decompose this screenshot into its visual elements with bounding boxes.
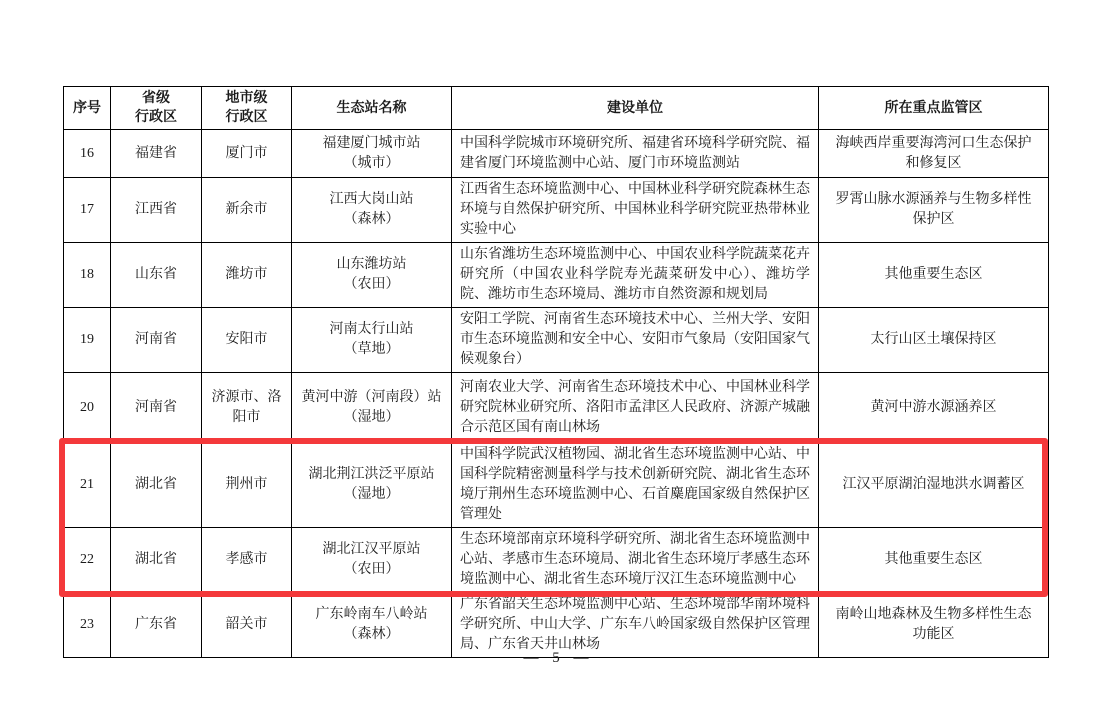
cell-station: 广东岭南车八岭站 （森林） (292, 593, 452, 658)
cell-builders: 生态环境部南京环境科学研究所、湖北省生态环境监测中心站、孝感市生态环境局、湖北省… (452, 528, 819, 593)
cell-no: 23 (64, 593, 111, 658)
cell-station: 湖北江汉平原站 （农田） (292, 528, 452, 593)
cell-city: 新余市 (202, 178, 292, 243)
table-row: 23广东省韶关市广东岭南车八岭站 （森林）广东省韶关生态环境监测中心站、生态环境… (64, 593, 1049, 658)
cell-city: 孝感市 (202, 528, 292, 593)
column-header-no: 序号 (64, 87, 111, 130)
cell-province: 福建省 (111, 130, 202, 178)
cell-zone: 江汉平原湖泊湿地洪水调蓄区 (819, 443, 1049, 528)
cell-province: 湖北省 (111, 528, 202, 593)
cell-zone: 黄河中游水源涵养区 (819, 373, 1049, 443)
cell-city: 济源市、洛阳市 (202, 373, 292, 443)
table-row: 19河南省安阳市河南太行山站 （草地）安阳工学院、河南省生态环境技术中心、兰州大… (64, 308, 1049, 373)
cell-no: 16 (64, 130, 111, 178)
table-row: 18山东省潍坊市山东潍坊站 （农田）山东省潍坊生态环境监测中心、中国农业科学院蔬… (64, 243, 1049, 308)
cell-zone: 其他重要生态区 (819, 243, 1049, 308)
column-header-station: 生态站名称 (292, 87, 452, 130)
cell-city: 安阳市 (202, 308, 292, 373)
column-header-builders: 建设单位 (452, 87, 819, 130)
cell-city: 潍坊市 (202, 243, 292, 308)
cell-no: 22 (64, 528, 111, 593)
table-row: 20河南省济源市、洛阳市黄河中游（河南段）站 （湿地）河南农业大学、河南省生态环… (64, 373, 1049, 443)
cell-province: 江西省 (111, 178, 202, 243)
stations-table: 序号省级 行政区地市级 行政区生态站名称建设单位所在重点监管区 16福建省厦门市… (63, 86, 1049, 658)
column-header-city: 地市级 行政区 (202, 87, 292, 130)
cell-city: 韶关市 (202, 593, 292, 658)
table-header-row: 序号省级 行政区地市级 行政区生态站名称建设单位所在重点监管区 (64, 87, 1049, 130)
cell-station: 黄河中游（河南段）站 （湿地） (292, 373, 452, 443)
cell-province: 山东省 (111, 243, 202, 308)
cell-zone: 太行山区土壤保持区 (819, 308, 1049, 373)
cell-city: 厦门市 (202, 130, 292, 178)
cell-province: 广东省 (111, 593, 202, 658)
cell-builders: 江西省生态环境监测中心、中国林业科学研究院森林生态环境与自然保护研究所、中国林业… (452, 178, 819, 243)
cell-zone: 其他重要生态区 (819, 528, 1049, 593)
document-page: 序号省级 行政区地市级 行政区生态站名称建设单位所在重点监管区 16福建省厦门市… (0, 0, 1112, 728)
cell-station: 江西大岗山站 （森林） (292, 178, 452, 243)
cell-zone: 海峡西岸重要海湾河口生态保护和修复区 (819, 130, 1049, 178)
cell-builders: 广东省韶关生态环境监测中心站、生态环境部华南环境科学研究所、中山大学、广东车八岭… (452, 593, 819, 658)
page-number: — 5 — (0, 650, 1112, 667)
cell-station: 福建厦门城市站 （城市） (292, 130, 452, 178)
cell-no: 21 (64, 443, 111, 528)
cell-zone: 南岭山地森林及生物多样性生态功能区 (819, 593, 1049, 658)
table-row: 16福建省厦门市福建厦门城市站 （城市）中国科学院城市环境研究所、福建省环境科学… (64, 130, 1049, 178)
cell-station: 山东潍坊站 （农田） (292, 243, 452, 308)
cell-zone: 罗霄山脉水源涵养与生物多样性保护区 (819, 178, 1049, 243)
cell-city: 荆州市 (202, 443, 292, 528)
cell-builders: 安阳工学院、河南省生态环境技术中心、兰州大学、安阳市生态环境监测和安全中心、安阳… (452, 308, 819, 373)
cell-province: 河南省 (111, 373, 202, 443)
cell-no: 18 (64, 243, 111, 308)
cell-builders: 中国科学院城市环境研究所、福建省环境科学研究院、福建省厦门环境监测中心站、厦门市… (452, 130, 819, 178)
cell-province: 河南省 (111, 308, 202, 373)
table-row: 21湖北省荆州市湖北荆江洪泛平原站 （湿地）中国科学院武汉植物园、湖北省生态环境… (64, 443, 1049, 528)
cell-builders: 山东省潍坊生态环境监测中心、中国农业科学院蔬菜花卉研究所（中国农业科学院寿光蔬菜… (452, 243, 819, 308)
table-row: 22湖北省孝感市湖北江汉平原站 （农田）生态环境部南京环境科学研究所、湖北省生态… (64, 528, 1049, 593)
column-header-zone: 所在重点监管区 (819, 87, 1049, 130)
cell-no: 17 (64, 178, 111, 243)
cell-no: 20 (64, 373, 111, 443)
cell-no: 19 (64, 308, 111, 373)
cell-builders: 中国科学院武汉植物园、湖北省生态环境监测中心站、中国科学院精密测量科学与技术创新… (452, 443, 819, 528)
table-row: 17江西省新余市江西大岗山站 （森林）江西省生态环境监测中心、中国林业科学研究院… (64, 178, 1049, 243)
cell-station: 湖北荆江洪泛平原站 （湿地） (292, 443, 452, 528)
cell-province: 湖北省 (111, 443, 202, 528)
column-header-province: 省级 行政区 (111, 87, 202, 130)
cell-builders: 河南农业大学、河南省生态环境技术中心、中国林业科学研究院林业研究所、洛阳市孟津区… (452, 373, 819, 443)
cell-station: 河南太行山站 （草地） (292, 308, 452, 373)
